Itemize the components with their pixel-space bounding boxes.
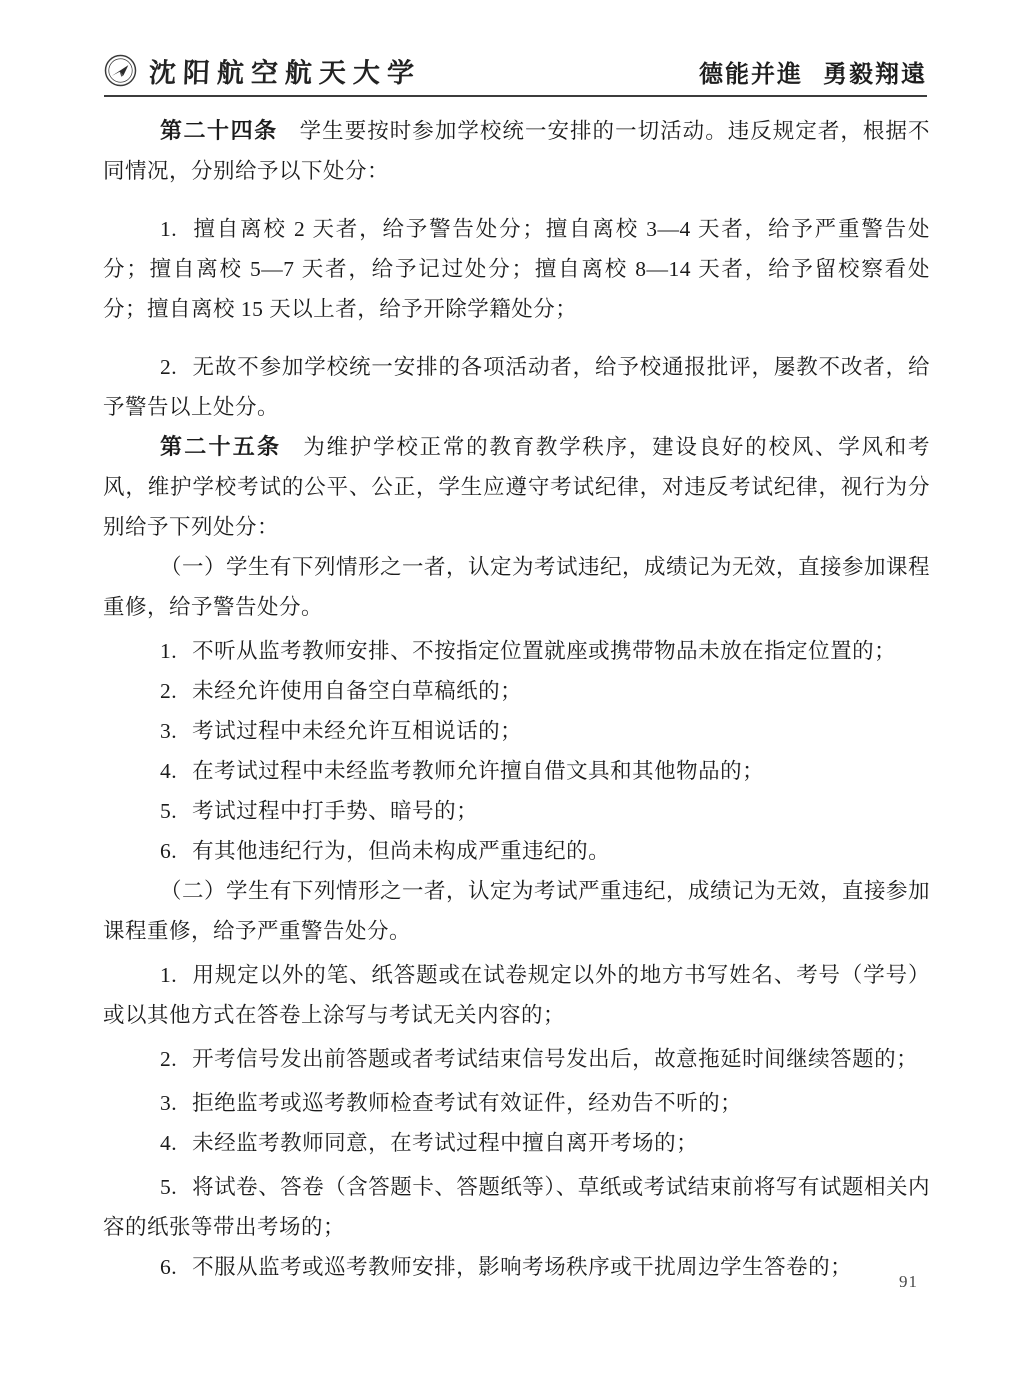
section-1-item-6: 6.有其他违纪行为，但尚未构成严重违纪的。 (103, 831, 930, 871)
item-number: 1. (160, 963, 177, 987)
item-number: 6. (160, 839, 177, 863)
item-text: 未经监考教师同意，在考试过程中擅自离开考场的； (192, 1131, 698, 1155)
section-2-intro-text: （二）学生有下列情形之一者，认定为考试严重违纪，成绩记为无效，直接参加课程重修，… (103, 879, 930, 943)
item-number: 5. (160, 1175, 177, 1199)
item-number: 3. (160, 1091, 177, 1115)
section-1-intro-text: （一）学生有下列情形之一者，认定为考试违纪，成绩记为无效，直接参加课程重修，给予… (103, 555, 930, 619)
section-2-item-5: 5.将试卷、答卷（含答题卡、答题纸等）、草纸或考试结束前将写有试题相关内容的纸张… (103, 1167, 930, 1247)
item-text: 不服从监考或巡考教师安排，影响考场秩序或干扰周边学生答卷的； (192, 1255, 852, 1279)
header-left-group: 沈阳航空航天大学 (104, 51, 421, 90)
page-number: 91 (899, 1272, 918, 1292)
item-text: 将试卷、答卷（含答题卡、答题纸等）、草纸或考试结束前将写有试题相关内容的纸张等带… (103, 1175, 930, 1239)
item-number: 2. (160, 355, 177, 379)
article-24-label: 第二十四条 (160, 118, 278, 143)
section-2-item-4: 4.未经监考教师同意，在考试过程中擅自离开考场的； (103, 1123, 930, 1163)
university-seal-icon (104, 54, 137, 87)
item-number: 4. (160, 759, 177, 783)
item-text: 有其他违纪行为，但尚未构成严重违纪的。 (192, 839, 610, 863)
school-motto-calligraphy: 德能并進 勇毅翔遠 (699, 54, 927, 89)
item-text: 拒绝监考或巡考教师检查考试有效证件，经劝告不听的； (192, 1091, 742, 1115)
section-1-item-5: 5.考试过程中打手势、暗号的； (103, 791, 930, 831)
section-1-item-1: 1.不听从监考教师安排、不按指定位置就座或携带物品未放在指定位置的； (103, 631, 930, 671)
section-2-item-1: 1.用规定以外的笔、纸答题或在试卷规定以外的地方书写姓名、考号（学号）或以其他方… (103, 955, 930, 1035)
item-text: 考试过程中未经允许互相说话的； (192, 719, 522, 743)
item-number: 2. (160, 679, 177, 703)
item-number: 2. (160, 1047, 177, 1071)
document-page: 沈阳航空航天大学 德能并進 勇毅翔遠 第二十四条学生要按时参加学校统一安排的一切… (0, 0, 1024, 1387)
section-1-item-2: 2.未经允许使用自备空白草稿纸的； (103, 671, 930, 711)
section-2-item-2: 2.开考信号发出前答题或者考试结束信号发出后，故意拖延时间继续答题的； (103, 1039, 930, 1079)
paragraph-article-25: 第二十五条为维护学校正常的教育教学秩序，建设良好的校风、学风和考风，维护学校考试… (103, 427, 930, 547)
article-25-label: 第二十五条 (160, 434, 281, 459)
school-name-calligraphy: 沈阳航空航天大学 (148, 51, 421, 90)
document-body: 第二十四条学生要按时参加学校统一安排的一切活动。违反规定者，根据不同情况，分别给… (103, 111, 930, 1287)
item-text: 擅自离校 2 天者，给予警告处分；擅自离校 3—4 天者，给予严重警告处分；擅自… (103, 217, 930, 321)
item-text: 无故不参加学校统一安排的各项活动者，给予校通报批评，屡教不改者，给予警告以上处分… (103, 355, 930, 419)
item-number: 6. (160, 1255, 177, 1279)
item-number: 4. (160, 1131, 177, 1155)
item-text: 在考试过程中未经监考教师允许擅自借文具和其他物品的； (192, 759, 764, 783)
item-number: 5. (160, 799, 177, 823)
article-24-item-1: 1.擅自离校 2 天者，给予警告处分；擅自离校 3—4 天者，给予严重警告处分；… (103, 209, 930, 329)
article-24-item-2: 2.无故不参加学校统一安排的各项活动者，给予校通报批评，屡教不改者，给予警告以上… (103, 347, 930, 427)
item-number: 1. (160, 639, 177, 663)
item-text: 不听从监考教师安排、不按指定位置就座或携带物品未放在指定位置的； (192, 639, 896, 663)
item-text: 未经允许使用自备空白草稿纸的； (192, 679, 522, 703)
section-1-item-3: 3.考试过程中未经允许互相说话的； (103, 711, 930, 751)
item-text: 开考信号发出前答题或者考试结束信号发出后，故意拖延时间继续答题的； (192, 1047, 918, 1071)
section-2-item-3: 3.拒绝监考或巡考教师检查考试有效证件，经劝告不听的； (103, 1083, 930, 1123)
section-2-intro: （二）学生有下列情形之一者，认定为考试严重违纪，成绩记为无效，直接参加课程重修，… (103, 871, 930, 951)
section-1-intro: （一）学生有下列情形之一者，认定为考试违纪，成绩记为无效，直接参加课程重修，给予… (103, 547, 930, 627)
item-number: 1. (160, 217, 177, 241)
section-1-item-4: 4.在考试过程中未经监考教师允许擅自借文具和其他物品的； (103, 751, 930, 791)
paragraph-article-24: 第二十四条学生要按时参加学校统一安排的一切活动。违反规定者，根据不同情况，分别给… (103, 111, 930, 191)
item-text: 用规定以外的笔、纸答题或在试卷规定以外的地方书写姓名、考号（学号）或以其他方式在… (103, 963, 930, 1027)
section-2-item-6: 6.不服从监考或巡考教师安排，影响考场秩序或干扰周边学生答卷的； (103, 1247, 930, 1287)
item-text: 考试过程中打手势、暗号的； (192, 799, 478, 823)
item-number: 3. (160, 719, 177, 743)
page-header: 沈阳航空航天大学 德能并進 勇毅翔遠 (104, 0, 927, 97)
